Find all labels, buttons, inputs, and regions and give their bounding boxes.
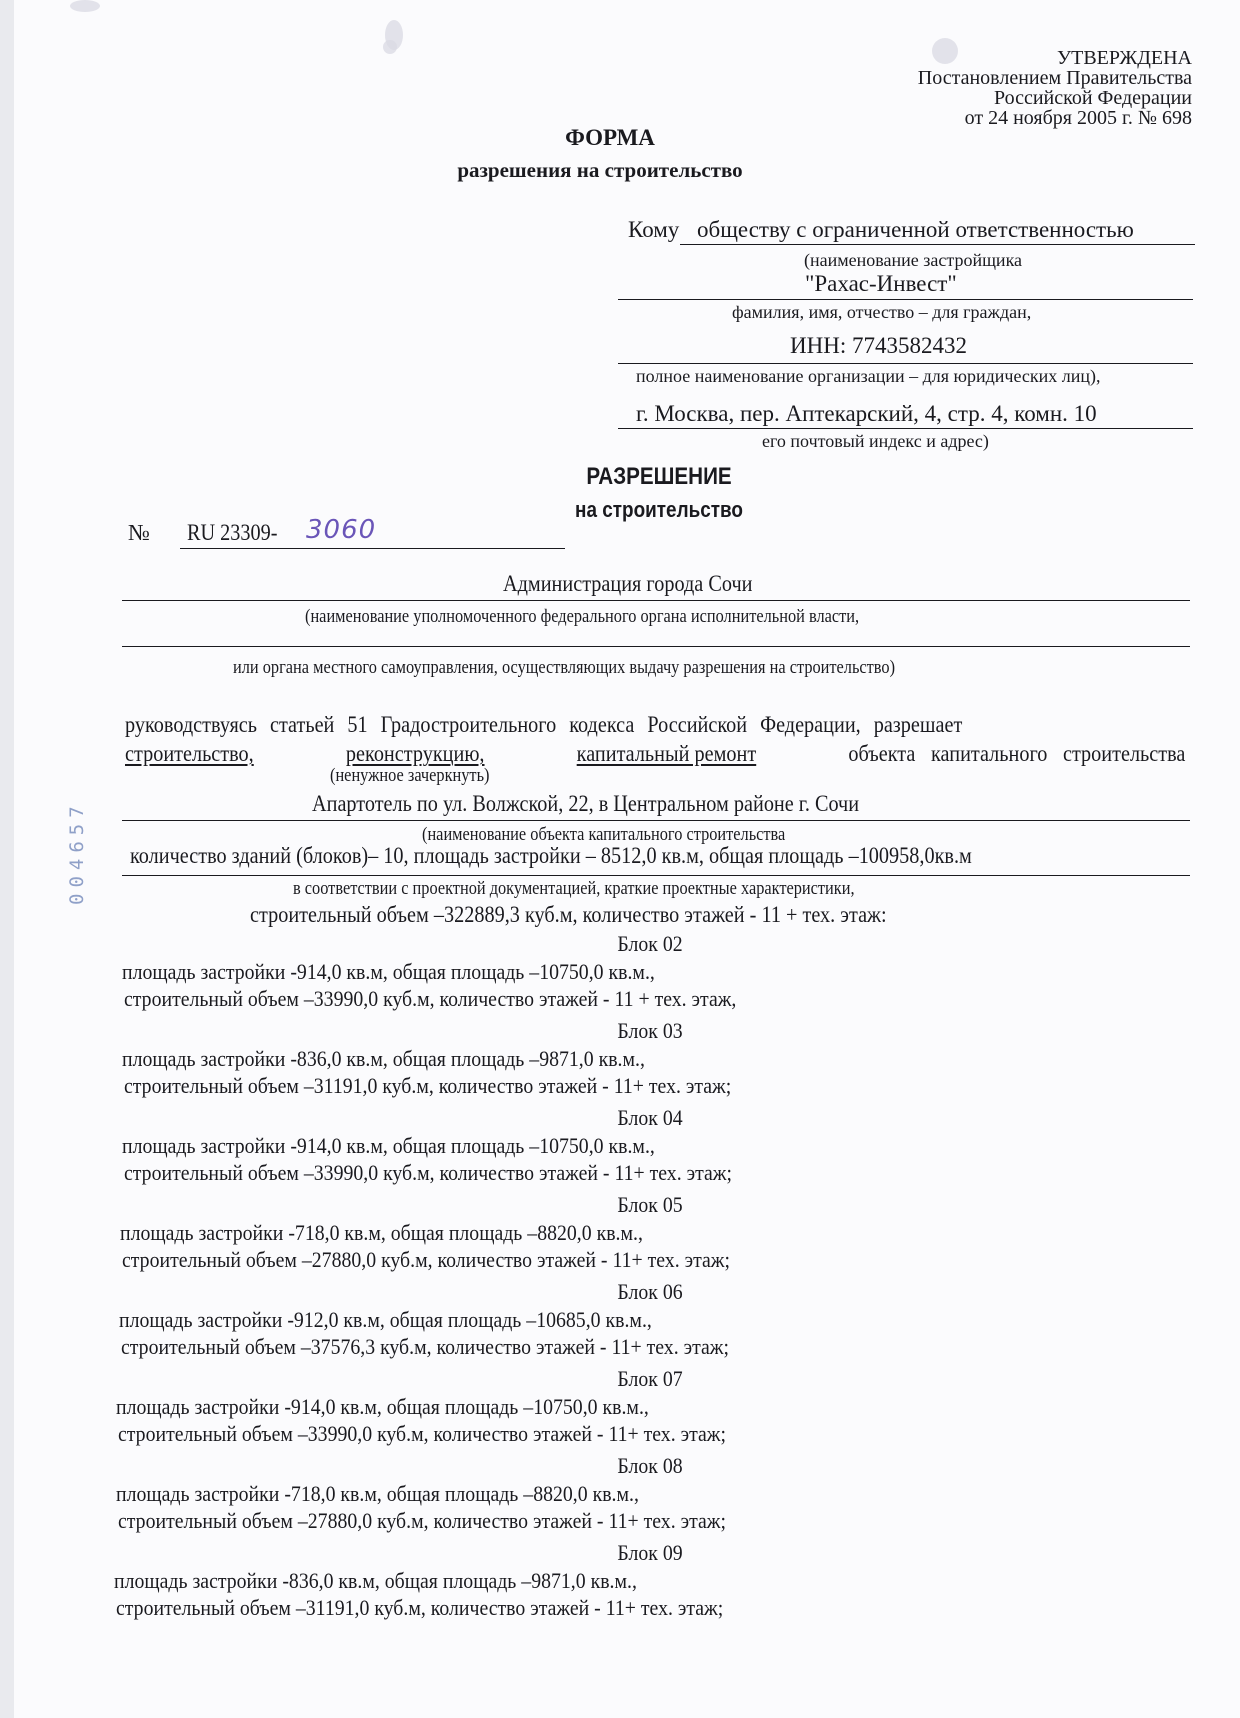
authority-hint-2: или органа местного самоуправления, осущ… (233, 657, 895, 679)
underline (680, 244, 1195, 245)
block-area-line: площадь застройки -914,0 кв.м, общая пло… (116, 1394, 649, 1420)
block-area-line: площадь застройки -914,0 кв.м, общая пло… (122, 959, 655, 985)
approval-stamp: УТВЕРЖДЕНА Постановлением Правительства … (918, 48, 1192, 128)
object-summary: количество зданий (блоков)– 10, площадь … (130, 843, 972, 869)
block-volume-line: строительный объем –31191,0 куб.м, колич… (124, 1073, 731, 1099)
underline (618, 299, 1193, 300)
block-volume-line: строительный объем –33990,0 куб.м, колич… (118, 1421, 726, 1447)
block-volume-line: строительный объем –27880,0 куб.м, колич… (122, 1247, 730, 1273)
authority-name: Администрация города Сочи (503, 571, 752, 597)
developer-type-field: обществу с ограниченной ответственностью (697, 217, 1134, 243)
underline (618, 428, 1193, 429)
approval-line-1: УТВЕРЖДЕНА (918, 48, 1192, 68)
permit-number-handwritten: 3060 (306, 515, 376, 545)
object-name: Апартотель по ул. Волжской, 22, в Центра… (312, 791, 859, 817)
block-title: Блок 06 (65, 1279, 1235, 1305)
block-title: Блок 03 (65, 1018, 1235, 1044)
underline (122, 646, 1190, 647)
hint-developer-name: (наименование застройщика (804, 250, 1022, 271)
approval-line-3: Российской Федерации (918, 88, 1192, 108)
scan-smudge (383, 40, 397, 54)
block-area-line: площадь застройки -836,0 кв.м, общая пло… (114, 1568, 637, 1594)
approval-line-2: Постановлением Правительства (918, 68, 1192, 88)
hint-address: его почтовый индекс и адрес) (762, 431, 989, 452)
form-title: ФОРМА (0, 125, 1230, 151)
statement-object: объекта капитального строительства (848, 741, 1185, 767)
object-hint-2: в соответствии с проектной документацией… (293, 878, 855, 900)
block-area-line: площадь застройки -718,0 кв.м, общая пло… (120, 1220, 643, 1246)
address-field: г. Москва, пер. Аптекарский, 4, стр. 4, … (636, 401, 1097, 427)
permit-title: РАЗРЕШЕНИЕ (92, 463, 1225, 491)
underline (618, 363, 1193, 364)
developer-name-field: "Рахас-Инвест" (805, 271, 957, 297)
underline (122, 600, 1190, 601)
block-area-line: площадь застройки -912,0 кв.м, общая пло… (119, 1307, 652, 1333)
permit-number-prefix: RU 23309- (187, 520, 278, 546)
form-subtitle: разрешения на строительство (0, 158, 1220, 183)
statement-text: руководствуясь статьей 51 Градостроитель… (125, 712, 962, 738)
block-volume-line: строительный объем –37576,3 куб.м, колич… (121, 1334, 729, 1360)
block-title: Блок 07 (65, 1366, 1235, 1392)
statement-hint: (ненужное зачеркнуть) (330, 765, 489, 787)
statement-struck-reconstruction: реконструкцию, (346, 741, 485, 767)
serial-number: 004657 (66, 800, 88, 905)
hint-fio: фамилия, имя, отчество – для граждан, (732, 302, 1031, 323)
hint-org-name: полное наименование организации – для юр… (636, 366, 1101, 387)
block-area-line: площадь застройки -836,0 кв.м, общая пло… (122, 1046, 645, 1072)
block-volume-line: строительный объем –31191,0 куб.м, колич… (116, 1595, 723, 1621)
block-title: Блок 02 (65, 931, 1235, 957)
block-area-line: площадь застройки -718,0 кв.м, общая пло… (116, 1481, 639, 1507)
block-volume-line: строительный объем –33990,0 куб.м, колич… (124, 986, 736, 1012)
scan-smudge (70, 0, 100, 12)
statement-line-2: строительство, реконструкцию, капитальны… (125, 741, 1185, 767)
underline (180, 548, 565, 549)
object-volume: строительный объем –322889,3 куб.м, коли… (250, 902, 887, 928)
block-title: Блок 08 (65, 1453, 1235, 1479)
block-title: Блок 04 (65, 1105, 1235, 1131)
scan-edge (0, 0, 14, 1718)
block-title: Блок 05 (65, 1192, 1235, 1218)
recipient-label: Кому (628, 217, 679, 243)
statement-line-1: руководствуясь статьей 51 Градостроитель… (125, 712, 1185, 738)
block-area-line: площадь застройки -914,0 кв.м, общая пло… (122, 1133, 655, 1159)
block-title: Блок 09 (65, 1540, 1235, 1566)
underline (122, 875, 1190, 876)
authority-hint-1: (наименование уполномоченного федерально… (305, 606, 859, 628)
underline (122, 820, 1190, 821)
permit-number-label: № (128, 520, 150, 546)
statement-struck-repair: капитальный ремонт (577, 741, 757, 767)
serial-number-stamp: 004657 (66, 905, 171, 927)
block-volume-line: строительный объем –33990,0 куб.м, колич… (124, 1160, 732, 1186)
block-volume-line: строительный объем –27880,0 куб.м, колич… (118, 1508, 726, 1534)
inn-field: ИНН: 7743582432 (790, 333, 967, 359)
statement-kept: строительство, (125, 741, 254, 767)
